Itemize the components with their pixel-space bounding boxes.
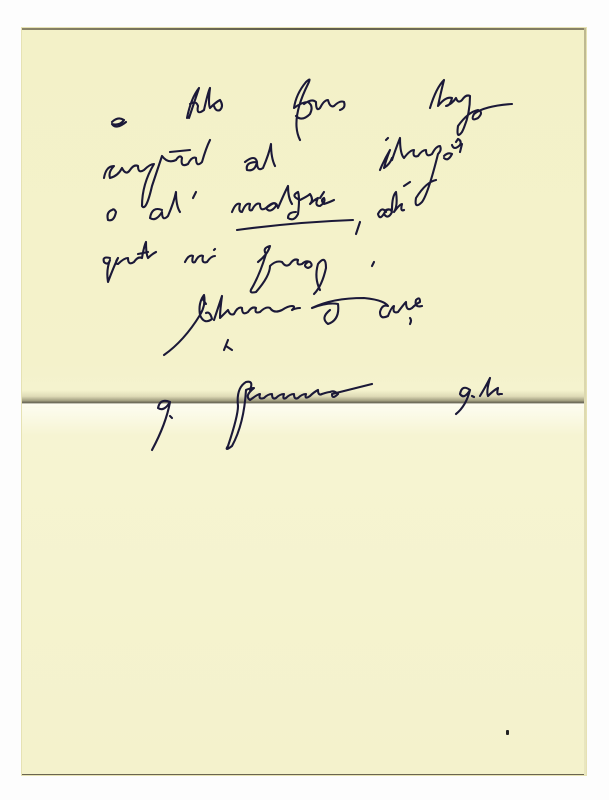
signature-handwriting <box>164 260 422 355</box>
handwriting <box>0 0 609 800</box>
line-3-handwriting <box>108 182 411 234</box>
date-handwriting <box>152 378 502 450</box>
line-1-handwriting <box>112 79 512 140</box>
line-4-handwriting <box>104 242 374 293</box>
